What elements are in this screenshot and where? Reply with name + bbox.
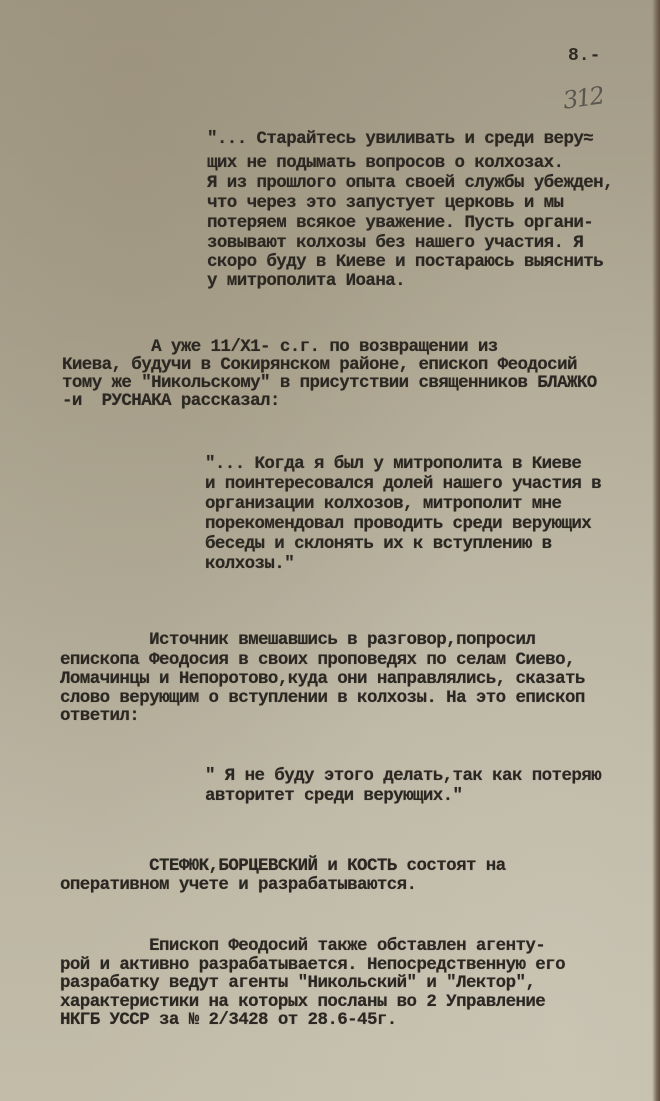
text-line: и поинтересовался долей нашего участия в xyxy=(205,475,601,494)
text-line: беседы и склонять их к вступлению в xyxy=(205,535,552,554)
typewritten-document-page: 8.- 312 "... Старайтесь увиливать и сред… xyxy=(0,0,660,1101)
text-line: у митрополита Иоана. xyxy=(207,272,405,291)
text-line: разрабатку ведут агенты "Никольский" и "… xyxy=(60,974,535,993)
text-line: Ломачинцы и Непоротово,куда они направля… xyxy=(60,670,585,689)
text-line: оперативном учете и разрабатываются. xyxy=(60,876,416,895)
text-line: Источник вмешавшись в разговор,попросил xyxy=(60,631,535,650)
text-line: СТЕФЮК,БОРЦЕВСКИЙ и КОСТЬ состоят на xyxy=(60,857,506,876)
text-line: скоро буду в Киеве и постараюсь выяснить xyxy=(207,253,603,272)
page-number: 8.- xyxy=(568,46,600,66)
text-line: порекомендовал проводить среди верующих xyxy=(205,515,591,534)
text-line: "... Когда я был у митрополита в Киеве xyxy=(205,455,581,474)
text-line: -и РУСНАКА рассказал: xyxy=(62,392,280,411)
text-line: НКГБ УССР за № 2/3428 от 28.6-45г. xyxy=(60,1011,397,1030)
text-line: щих не подымать вопросов о колхозах. xyxy=(207,154,563,173)
text-line: колхозы." xyxy=(205,555,294,574)
text-line: Епископ Феодосий также обставлен агенту- xyxy=(60,937,545,956)
text-line: "... Старайтесь увиливать и среди веру≈ xyxy=(207,130,593,149)
text-line: что через это запустует церковь и мы xyxy=(207,194,563,213)
text-line: авторитет среди верующих." xyxy=(205,787,462,806)
text-line: организации колхозов, митрополит мне xyxy=(205,495,561,514)
text-line: зовывают колхозы без нашего участия. Я xyxy=(207,234,583,253)
text-line: " Я не буду этого делать,так как потеряю xyxy=(205,767,601,786)
page-edge-shadow xyxy=(652,0,660,1101)
text-line: потеряем всякое уважение. Пусть органи- xyxy=(207,214,593,233)
text-line: ответил: xyxy=(60,707,139,726)
handwritten-folio-number: 312 xyxy=(561,81,604,114)
text-line: епископа Феодосия в своих проповедях по … xyxy=(60,651,575,670)
text-line: Я из прошлого опыта своей службы убежден… xyxy=(207,174,613,193)
